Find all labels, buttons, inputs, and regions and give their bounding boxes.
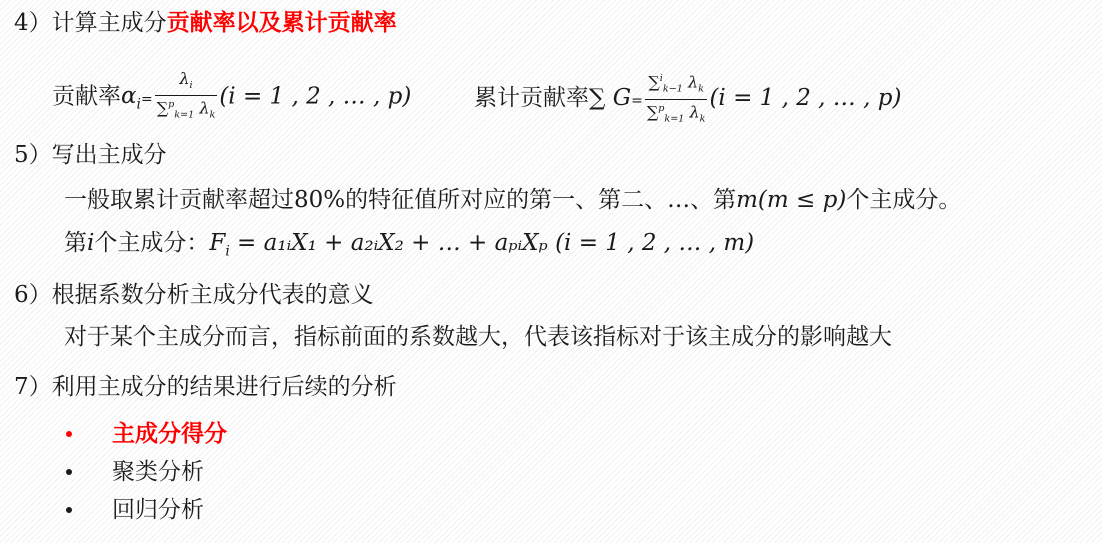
section-4-heading: 4）计算主成分贡献率以及累计贡献率 xyxy=(14,8,397,38)
formula-range: (i = 1 , 2 , … , p) xyxy=(219,83,411,109)
bullet-icon xyxy=(66,507,72,513)
formula-fraction: ∑ik−1 λk∑pk=1 λk xyxy=(645,70,708,128)
section-5-title: 写出主成分 xyxy=(52,142,167,168)
list-item-principal-component-score: 主成分得分 xyxy=(112,419,227,449)
section-5-number: 5） xyxy=(14,142,52,168)
section-5-line-1: 一般取累计贡献率超过80%的特征值所对应的第一、第二、…、第m(m ≤ p)个主… xyxy=(64,185,961,215)
formula-lhs: αi xyxy=(121,83,141,109)
cumulative-contribution-formula: 累计贡献率∑ G=∑ik−1 λk∑pk=1 λk(i = 1 , 2 , … … xyxy=(474,70,901,128)
section-6-heading: 6）根据系数分析主成分代表的意义 xyxy=(14,280,374,310)
formula-fraction: λi∑pk=1 λk xyxy=(155,70,218,125)
section-7-title: 利用主成分的结果进行后续的分析 xyxy=(52,374,397,400)
section-7-number: 7） xyxy=(14,374,52,400)
section-4-title: 计算主成分 xyxy=(52,10,167,36)
formula-label: 贡献率 xyxy=(52,83,121,109)
section-5-line-2: 第i个主成分：Fi = a₁ᵢX₁ + a₂ᵢX₂ + … + aₚᵢXₚ (i… xyxy=(64,228,754,267)
list-item-regression-analysis: 回归分析 xyxy=(112,495,204,525)
formula-lhs: ∑ G xyxy=(589,85,631,111)
formula-label: 累计贡献率 xyxy=(474,85,589,111)
section-6-title: 根据系数分析主成分代表的意义 xyxy=(52,282,374,308)
section-4-title-highlight: 贡献率以及累计贡献率 xyxy=(167,9,397,36)
section-6-body: 对于某个主成分而言，指标前面的系数越大，代表该指标对于该主成分的影响越大 xyxy=(64,322,892,352)
section-7-heading: 7）利用主成分的结果进行后续的分析 xyxy=(14,372,397,402)
section-6-number: 6） xyxy=(14,282,52,308)
bullet-icon xyxy=(66,431,72,437)
formula-range: (i = 1 , 2 , … , p) xyxy=(709,85,901,111)
bullet-icon xyxy=(66,469,72,475)
section-5-heading: 5）写出主成分 xyxy=(14,140,167,170)
contribution-rate-formula: 贡献率αi=λi∑pk=1 λk(i = 1 , 2 , … , p) xyxy=(52,70,411,125)
section-4-number: 4） xyxy=(14,10,52,36)
list-item-cluster-analysis: 聚类分析 xyxy=(112,457,204,487)
